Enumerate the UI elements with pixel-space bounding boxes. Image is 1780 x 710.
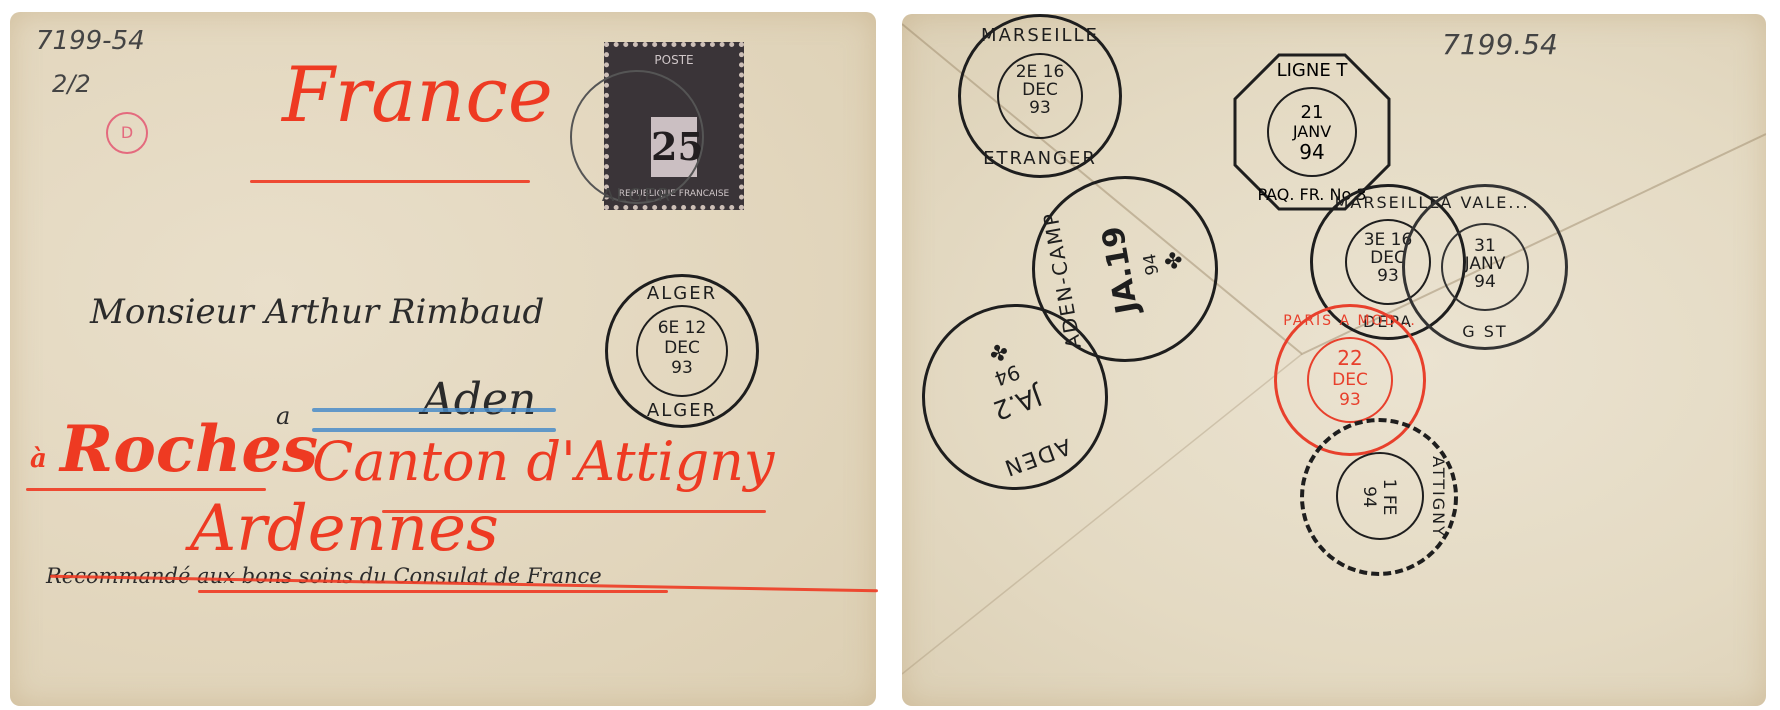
postmark-date-line3: 93 <box>1277 391 1423 409</box>
redirect-canton: Canton d'Attigny <box>312 430 774 493</box>
postmark-date-line2: DEC <box>1277 371 1423 389</box>
stamp-top-label: POSTE <box>609 53 739 67</box>
redirect-town: Roches <box>60 412 318 487</box>
original-destination: Aden <box>422 374 536 425</box>
postmark-top: LIGNE T <box>1232 60 1392 81</box>
postmark-a-valence: A VALE... 31 JANV 94 G ST <box>1402 184 1568 350</box>
postmark-town-top: ALGER <box>608 283 756 304</box>
postmark-date-line2: JANV <box>1232 122 1392 141</box>
postmark-top: PARIS A MOD... <box>1277 313 1423 329</box>
redirect-department: Ardennes <box>190 492 499 566</box>
archive-number: 7199-54 <box>36 26 145 56</box>
postmark-attigny: ATTIGNY 1 FE 94 <box>1300 418 1458 576</box>
archive-stamp: D <box>106 112 148 154</box>
postmark-date-line1: 6E 12 <box>608 319 756 337</box>
postmark-top: ATTIGNY <box>1429 422 1448 572</box>
underline <box>26 488 266 491</box>
postmark-date-line2: DEC <box>608 339 756 357</box>
envelope-back: 7199.54 MARSEILLE 2E 16 DEC 93 ETRANGER … <box>902 14 1766 706</box>
postmark-town-bottom: ALGER <box>608 400 756 421</box>
underline <box>250 180 530 183</box>
postmark-date-line2: JANV <box>1405 255 1565 273</box>
blue-strikethrough-1 <box>312 408 556 412</box>
postmark-date-line2: DEC <box>961 81 1119 99</box>
postmark-date-line1: 21 <box>1232 102 1392 123</box>
postmark-bottom: G ST <box>1405 322 1565 341</box>
postmark-alger-1: ALGER <box>570 70 704 204</box>
destination-country: France <box>282 50 553 139</box>
addressee: Monsieur Arthur Rimbaud <box>90 292 544 332</box>
postmark-date-line2: 94 <box>1360 422 1378 572</box>
postmark-date-line3: 94 <box>1232 140 1392 164</box>
postmark-date-line3: 93 <box>608 359 756 377</box>
postmark-date-line3: 94 <box>1405 273 1565 291</box>
postmark-date-line1: 2E 16 <box>961 63 1119 81</box>
postmark-date-line1: 31 <box>1405 237 1565 255</box>
envelope-front: 7199-54 2/2 D France POSTE 25 REPUBLIQUE… <box>10 12 876 706</box>
archive-stamp-letter: D <box>121 123 133 142</box>
sheet-marker: 2/2 <box>52 70 91 98</box>
postmark-alger-2: ALGER 6E 12 DEC 93 ALGER <box>605 274 759 428</box>
postmark-bottom: ETRANGER <box>961 148 1119 169</box>
archive-number: 7199.54 <box>1442 28 1558 61</box>
postmark-marseille-etranger: MARSEILLE 2E 16 DEC 93 ETRANGER <box>958 14 1122 178</box>
postmark-top: MARSEILLE <box>961 25 1119 46</box>
postmark-date-line1: 1 FE <box>1380 422 1398 572</box>
underline <box>198 590 668 593</box>
postmark-date-line3: 93 <box>961 99 1119 117</box>
postmark-town: ALGER <box>572 185 702 206</box>
postmark-top: A VALE... <box>1405 193 1565 212</box>
postmark-date-line1: 22 <box>1277 349 1423 367</box>
redirect-prefix: à <box>30 444 47 474</box>
